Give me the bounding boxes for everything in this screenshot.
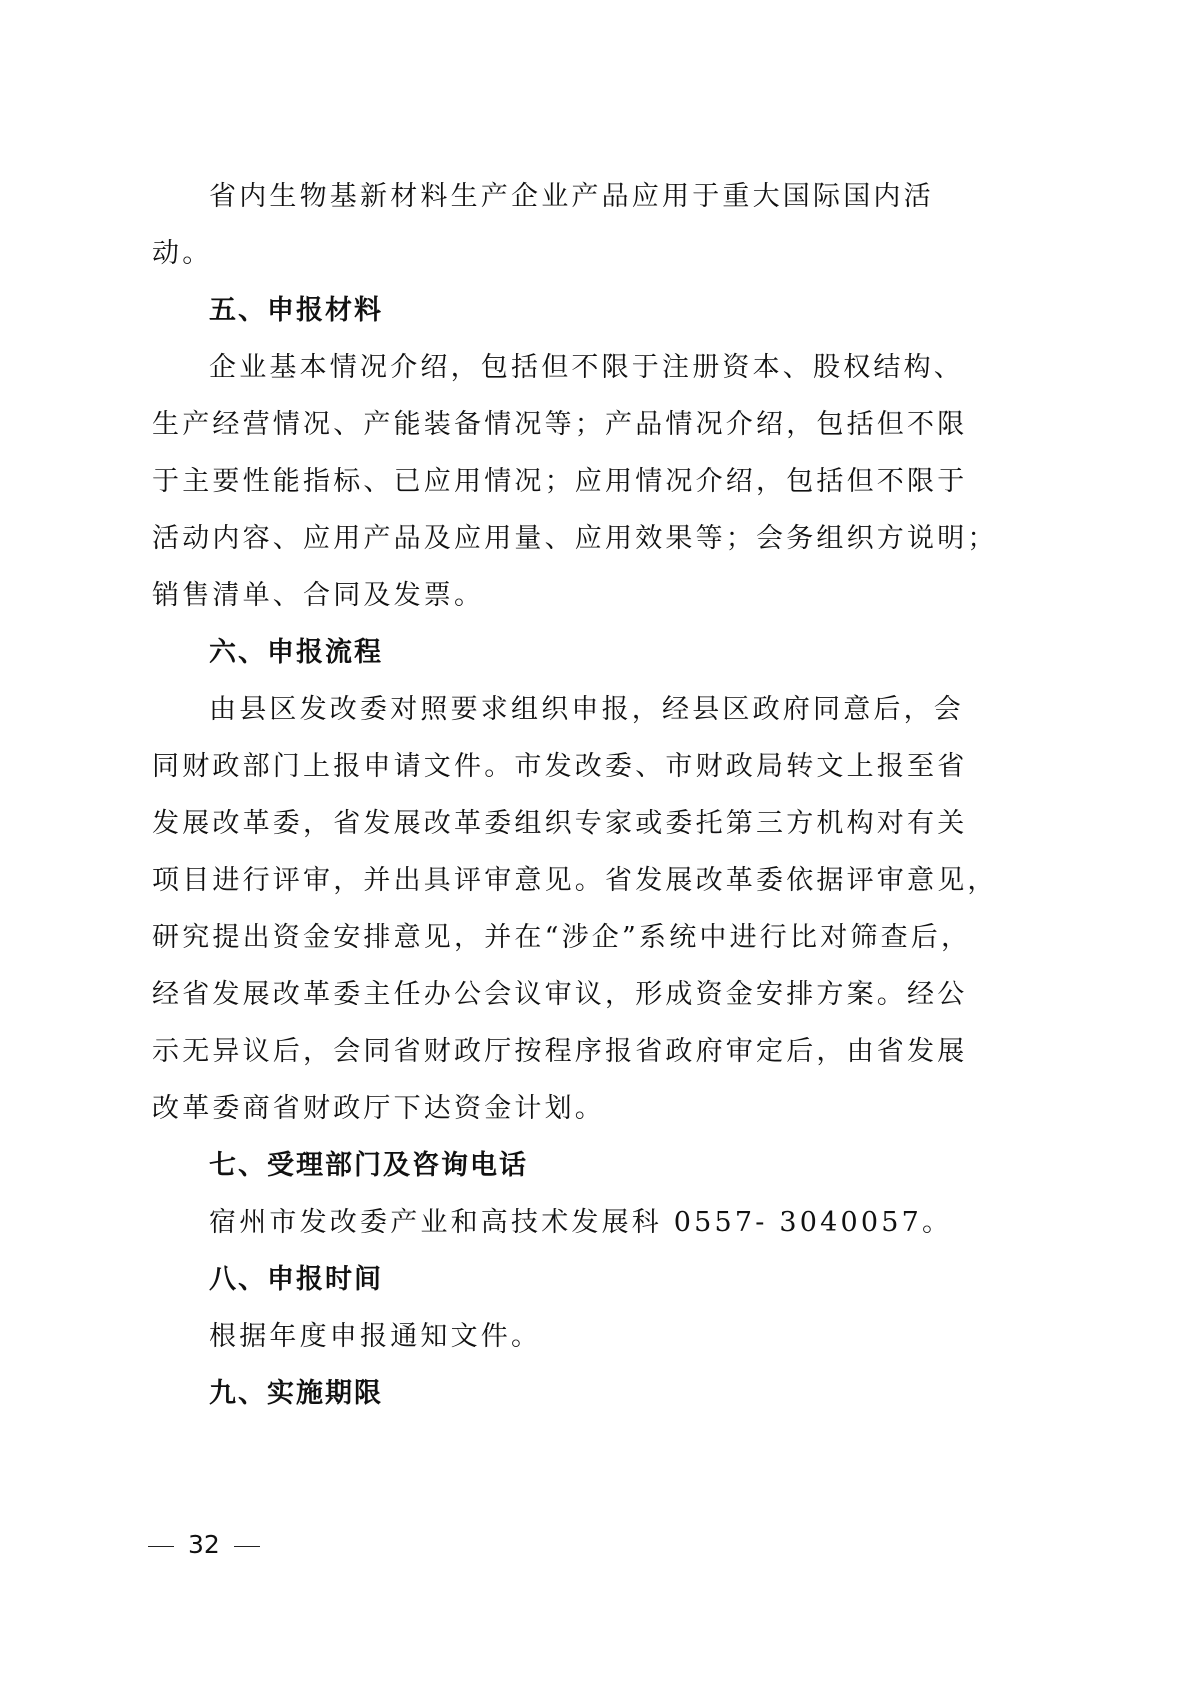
document-body: 省内生物基新材料生产企业产品应用于重大国际国内活 动。 五、申报材料 企业基本情… <box>152 168 960 1422</box>
contact-line: 宿州市发改委产业和高技术发展科 0557- 3040057。 <box>152 1194 960 1251</box>
section-heading-7: 七、受理部门及咨询电话 <box>152 1137 960 1194</box>
paragraph-line: 示无异议后，会同省财政厅按程序报省政府审定后，由省发展 <box>152 1023 960 1080</box>
section-heading-9: 九、实施期限 <box>152 1365 960 1422</box>
page-footer: 32 <box>148 1530 260 1559</box>
dash-decoration <box>234 1546 260 1547</box>
paragraph-line: 动。 <box>152 225 960 282</box>
paragraph-line: 省内生物基新材料生产企业产品应用于重大国际国内活 <box>152 168 960 225</box>
page-number: 32 <box>188 1530 220 1559</box>
section-heading-5: 五、申报材料 <box>152 282 960 339</box>
paragraph-line: 企业基本情况介绍，包括但不限于注册资本、股权结构、 <box>152 339 960 396</box>
paragraph-line: 研究提出资金安排意见，并在“涉企”系统中进行比对筛查后， <box>152 909 960 966</box>
paragraph-line: 于主要性能指标、已应用情况；应用情况介绍，包括但不限于 <box>152 453 960 510</box>
dash-decoration <box>148 1546 174 1547</box>
section-heading-6: 六、申报流程 <box>152 624 960 681</box>
paragraph-line: 活动内容、应用产品及应用量、应用效果等；会务组织方说明； <box>152 510 960 567</box>
paragraph-line: 同财政部门上报申请文件。市发改委、市财政局转文上报至省 <box>152 738 960 795</box>
paragraph-line: 发展改革委，省发展改革委组织专家或委托第三方机构对有关 <box>152 795 960 852</box>
paragraph-line: 生产经营情况、产能装备情况等；产品情况介绍，包括但不限 <box>152 396 960 453</box>
paragraph-line: 由县区发改委对照要求组织申报，经县区政府同意后，会 <box>152 681 960 738</box>
paragraph-line: 经省发展改革委主任办公会议审议，形成资金安排方案。经公 <box>152 966 960 1023</box>
paragraph-line: 改革委商省财政厅下达资金计划。 <box>152 1080 960 1137</box>
section-heading-8: 八、申报时间 <box>152 1251 960 1308</box>
paragraph-line: 销售清单、合同及发票。 <box>152 567 960 624</box>
paragraph-line: 项目进行评审，并出具评审意见。省发展改革委依据评审意见， <box>152 852 960 909</box>
paragraph-line: 根据年度申报通知文件。 <box>152 1308 960 1365</box>
